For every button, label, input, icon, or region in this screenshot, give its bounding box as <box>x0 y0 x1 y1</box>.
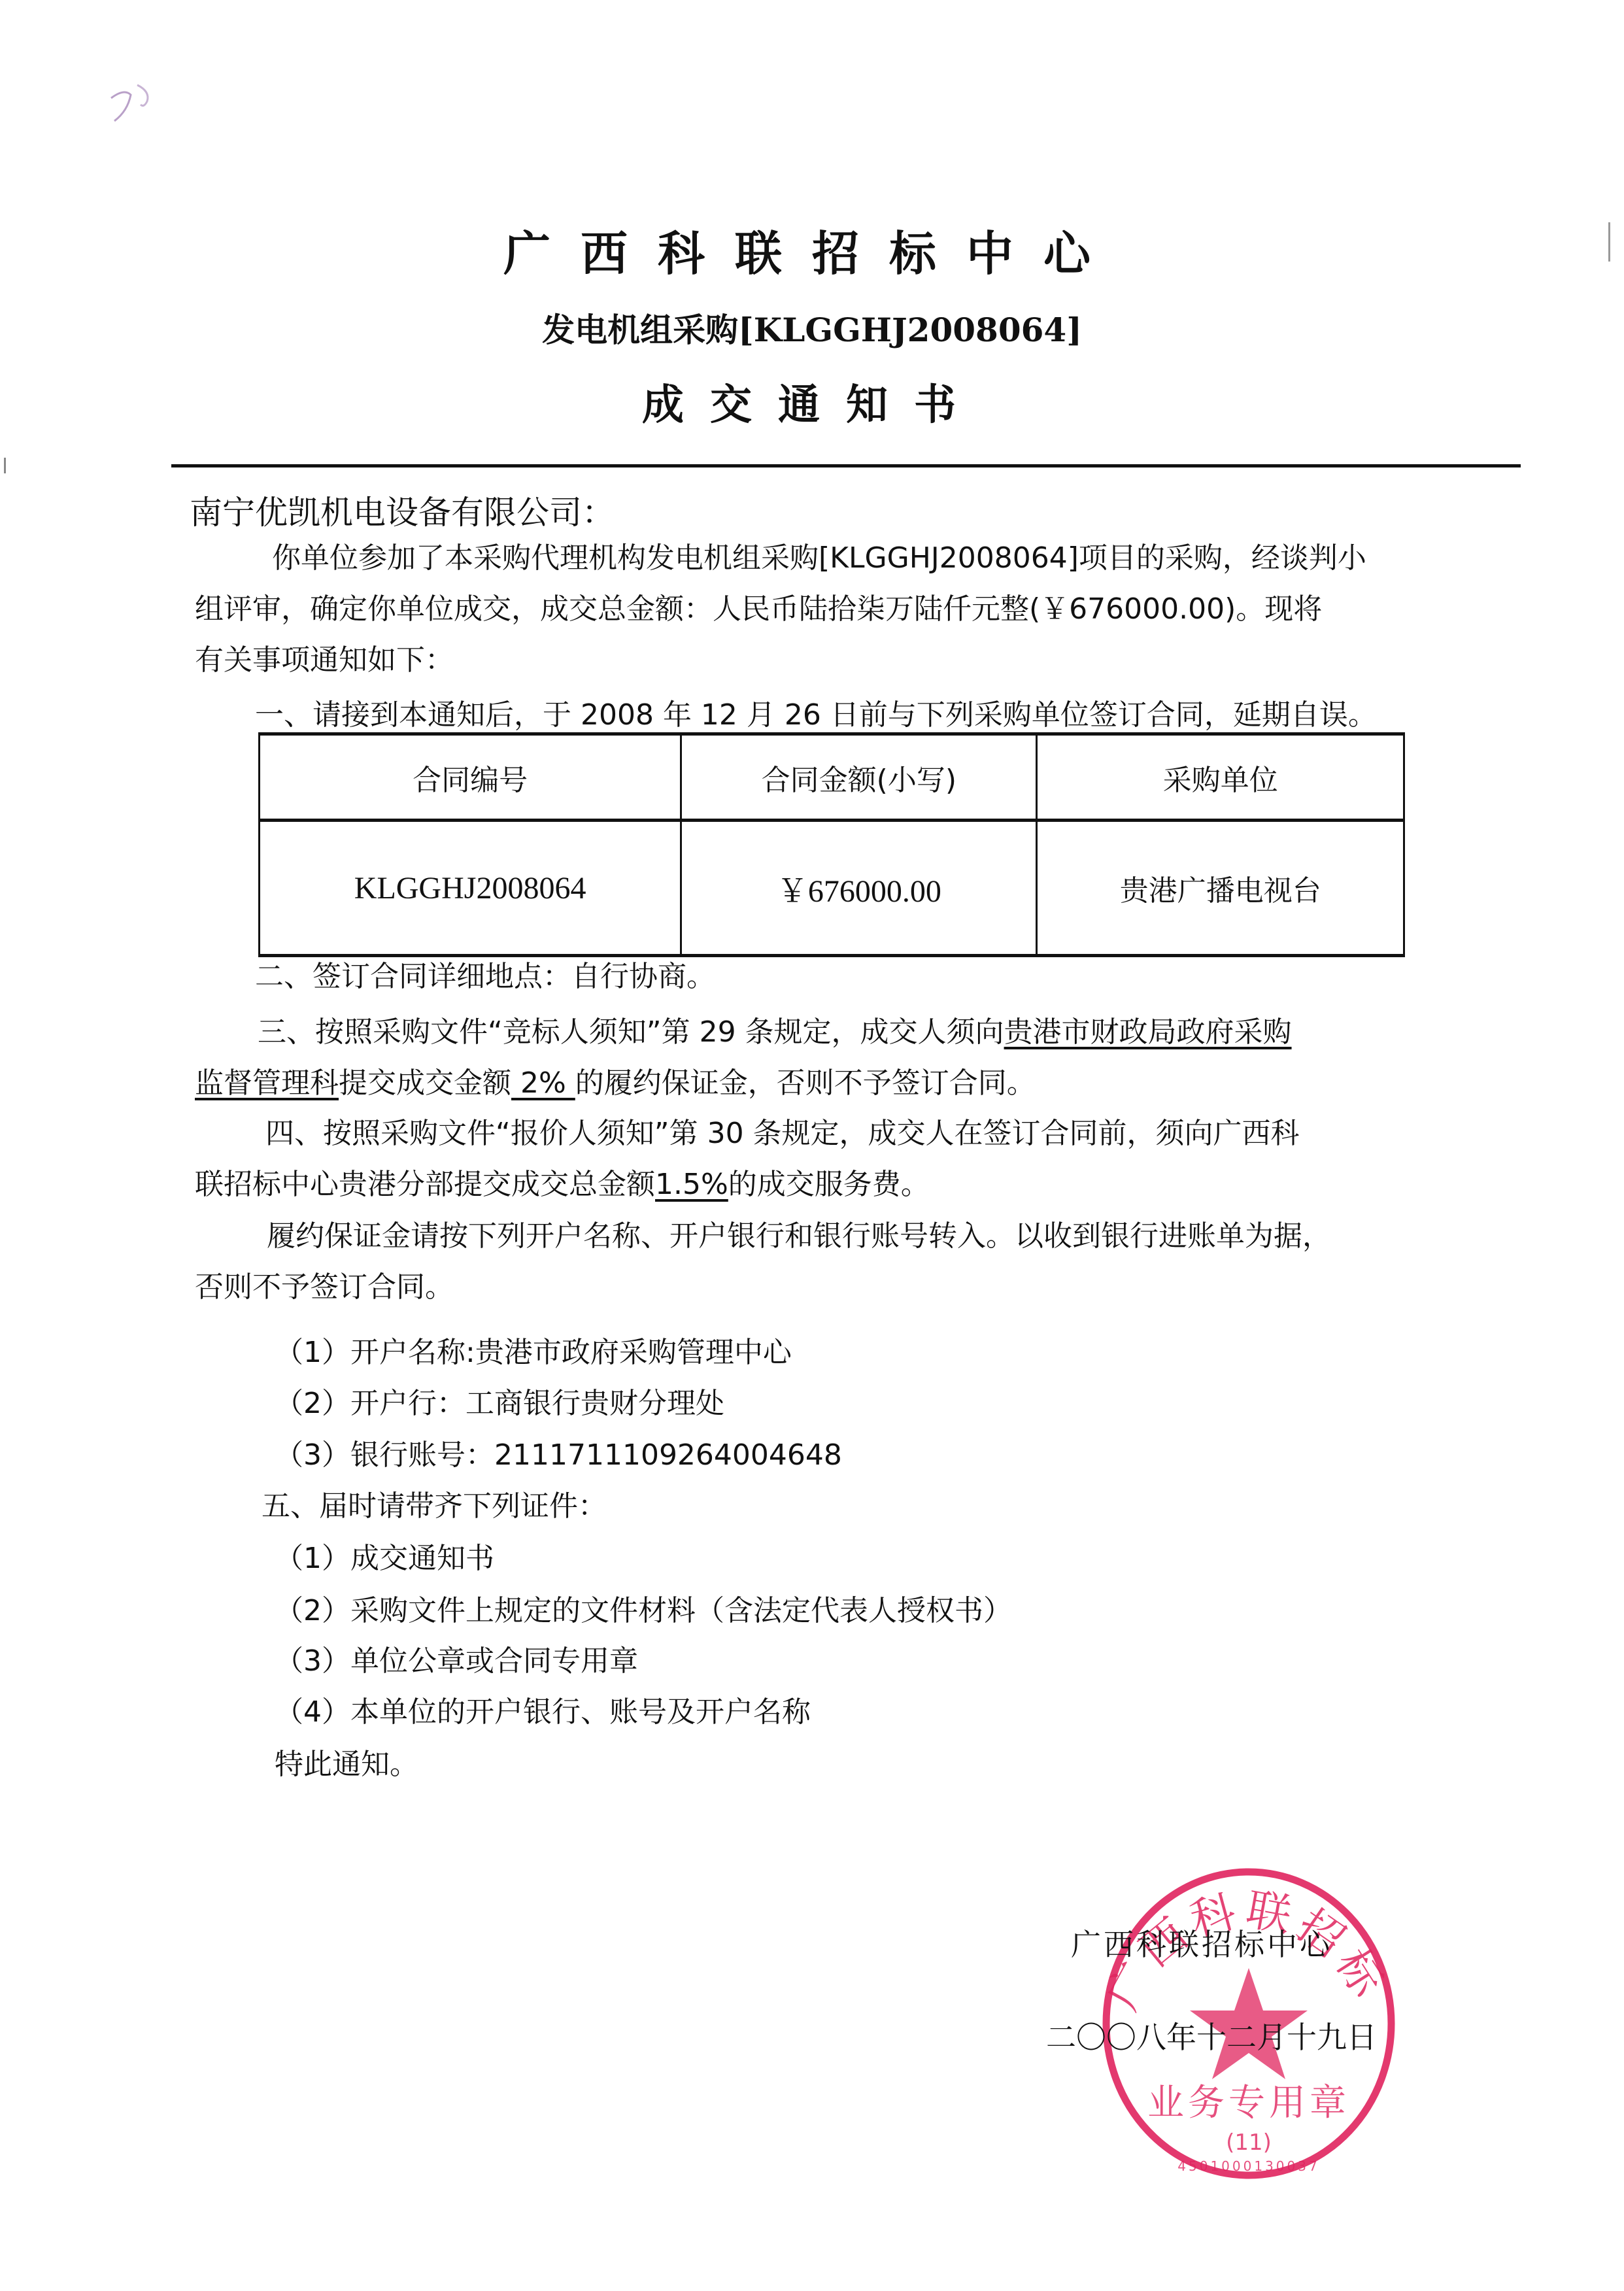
clause-3-prefix: 三、按照采购文件“竞标人须知”第 29 条规定，成交人须向 <box>258 1015 1004 1049</box>
intro-line-1: 你单位参加了本采购代理机构发电机组采购[KLGGHJ2008064]项目的采购，… <box>195 533 1470 584</box>
clause-3: 三、按照采购文件“竞标人须知”第 29 条规定，成交人须向贵港市财政局政府采购 … <box>195 1007 1476 1109</box>
header-divider <box>171 464 1521 467</box>
header-contract-number: 合同编号 <box>260 734 681 821</box>
intro-paragraph: 你单位参加了本采购代理机构发电机组采购[KLGGHJ2008064]项目的采购，… <box>195 533 1470 686</box>
closing-remark: 特此通知。 <box>275 1739 418 1790</box>
signature-organization: 广西科联招标中心 <box>1071 1921 1332 1964</box>
clause-4: 四、按照采购文件“报价人须知”第 30 条规定，成交人在签订合同前，须向广西科 … <box>195 1108 1476 1210</box>
addressee: 南宁优凯机电设备有限公司： <box>190 487 615 538</box>
clause-4-suffix: 的成交服务费。 <box>728 1168 930 1201</box>
table-header-row: 合同编号 合同金额(小写) 采购单位 <box>260 734 1404 821</box>
clause-3-party-a: 贵港市财政局政府采购 <box>1004 1015 1292 1049</box>
clause-2: 二、签订合同详细地点：自行协商。 <box>255 951 715 1002</box>
clause-3-mid: 提交成交金额 <box>339 1066 511 1100</box>
clause-4-rate: 1.5% <box>655 1168 728 1201</box>
cell-purchasing-unit: 贵港广播电视台 <box>1037 821 1404 956</box>
cell-contract-amount: ￥676000.00 <box>681 821 1037 956</box>
deposit-instructions: 履约保证金请按下列开户名称、开户银行和银行账号转入。以收到银行进账单为据， 否则… <box>195 1211 1476 1313</box>
scan-edge-mark <box>4 458 6 473</box>
handwritten-page-mark <box>98 72 177 131</box>
cell-contract-number: KLGGHJ2008064 <box>260 821 681 956</box>
signature-date: 二〇〇八年十二月十九日 <box>1046 2014 1377 2057</box>
deposit-line-2: 否则不予签订合同。 <box>195 1262 1476 1313</box>
clause-5: 五、届时请带齐下列证件： <box>262 1481 607 1532</box>
svg-text:4501000130037: 4501000130037 <box>1177 2158 1319 2174</box>
required-document-item: （3）单位公章或合同专用章 <box>275 1636 638 1687</box>
bank-account-name: （1）开户名称:贵港市政府采购管理中心 <box>275 1327 792 1378</box>
clause-3-party-b: 监督管理科 <box>195 1066 339 1100</box>
required-document-item: （2）采购文件上规定的文件材料（含法定代表人授权书） <box>275 1586 1012 1637</box>
project-title: 发电机组采购[KLGGHJ2008064] <box>0 304 1624 351</box>
svg-text:(11): (11) <box>1226 2130 1272 2156</box>
deposit-line-1: 履约保证金请按下列开户名称、开户银行和银行账号转入。以收到银行进账单为据， <box>195 1211 1476 1262</box>
header-contract-amount: 合同金额(小写) <box>681 734 1037 821</box>
intro-line-3: 有关事项通知如下： <box>195 635 1470 686</box>
svg-text:业务专用章: 业务专用章 <box>1147 2082 1350 2124</box>
clause-4-line-1: 四、按照采购文件“报价人须知”第 30 条规定，成交人在签订合同前，须向广西科 <box>195 1108 1476 1159</box>
document-title: 成交通知书 <box>0 371 1624 432</box>
organization-title: 广西科联招标中心 <box>0 216 1624 284</box>
bank-name: （2）开户行：工商银行贵财分理处 <box>275 1378 724 1429</box>
clause-3-suffix: 的履约保证金，否则不予签订合同。 <box>575 1066 1036 1100</box>
bank-account-number: （3）银行账号：2111711109264004648 <box>275 1430 842 1481</box>
clause-4-prefix: 联招标中心贵港分部提交成交总金额 <box>195 1168 655 1201</box>
table-row: KLGGHJ2008064 ￥676000.00 贵港广播电视台 <box>260 821 1404 956</box>
contract-table: 合同编号 合同金额(小写) 采购单位 KLGGHJ2008064 ￥676000… <box>258 732 1405 957</box>
intro-line-2: 组评审，确定你单位成交，成交总金额：人民币陆拾柒万陆仟元整(￥676000.00… <box>195 584 1470 635</box>
required-document-item: （1）成交通知书 <box>275 1533 494 1584</box>
required-document-item: （4）本单位的开户银行、账号及开户名称 <box>275 1687 811 1738</box>
clause-3-rate: 2% <box>511 1066 575 1100</box>
header-purchasing-unit: 采购单位 <box>1037 734 1404 821</box>
